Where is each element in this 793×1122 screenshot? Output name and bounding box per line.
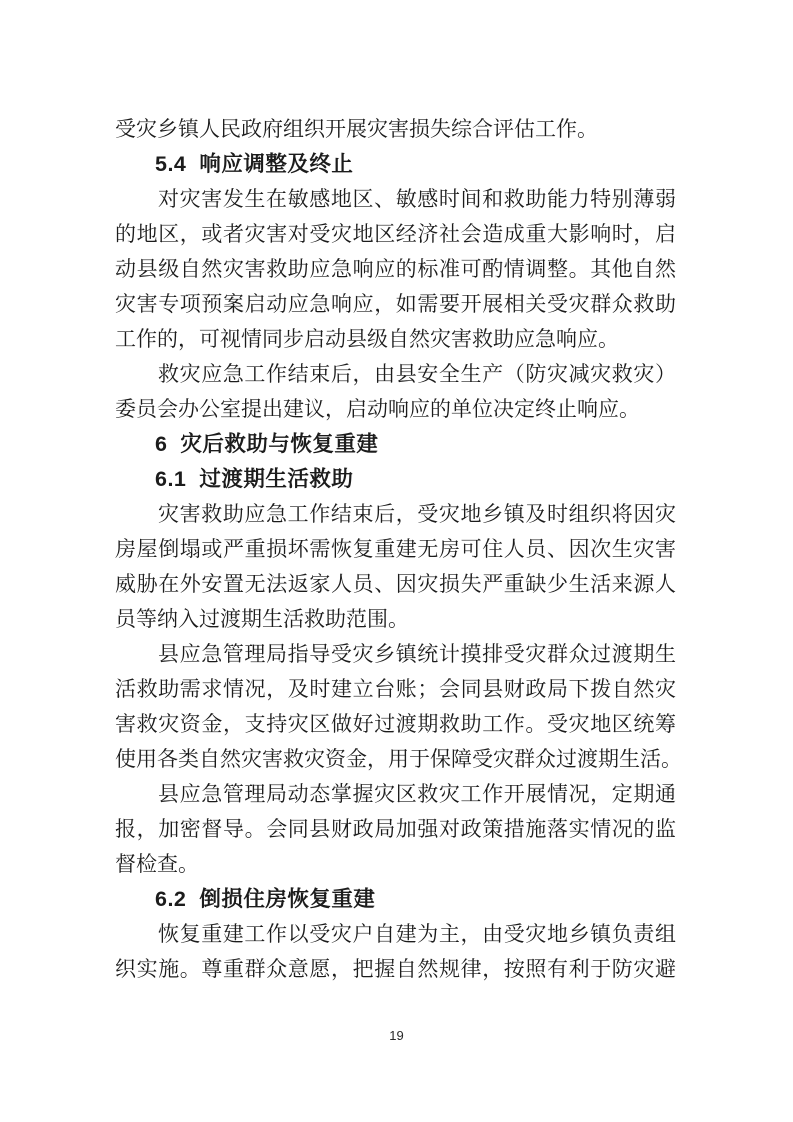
text-line: 员等纳入过渡期生活救助范围。 (115, 602, 676, 637)
section-heading: 5.4 响应调整及终止 (115, 147, 676, 182)
text-line: 使用各类自然灾害救灾资金，用于保障受灾群众过渡期生活。 (115, 742, 676, 777)
text-line: 委员会办公室提出建议，启动响应的单位决定终止响应。 (115, 392, 676, 427)
text-line: 督检查。 (115, 847, 676, 882)
text-line: 活救助需求情况，及时建立台账；会同县财政局下拨自然灾 (115, 672, 676, 707)
text-line: 房屋倒塌或严重损坏需恢复重建无房可住人员、因次生灾害 (115, 532, 676, 567)
text-body: 受灾乡镇人民政府组织开展灾害损失综合评估工作。5.4 响应调整及终止对灾害发生在… (115, 112, 676, 987)
text-line: 报，加密督导。会同县财政局加强对政策措施落实情况的监 (115, 812, 676, 847)
text-line: 害救灾资金，支持灾区做好过渡期救助工作。受灾地区统筹 (115, 707, 676, 742)
section-heading: 6.1 过渡期生活救助 (115, 462, 676, 497)
text-line: 织实施。尊重群众意愿，把握自然规律，按照有利于防灾避 (115, 952, 676, 987)
text-line: 县应急管理局动态掌握灾区救灾工作开展情况，定期通 (115, 777, 676, 812)
text-line: 工作的，可视情同步启动县级自然灾害救助应急响应。 (115, 322, 676, 357)
text-line: 受灾乡镇人民政府组织开展灾害损失综合评估工作。 (115, 112, 676, 147)
text-line: 对灾害发生在敏感地区、敏感时间和救助能力特别薄弱 (115, 182, 676, 217)
document-page: 受灾乡镇人民政府组织开展灾害损失综合评估工作。5.4 响应调整及终止对灾害发生在… (0, 0, 793, 1122)
text-line: 灾害专项预案启动应急响应，如需要开展相关受灾群众救助 (115, 287, 676, 322)
text-line: 动县级自然灾害救助应急响应的标准可酌情调整。其他自然 (115, 252, 676, 287)
section-heading: 6.2 倒损住房恢复重建 (115, 882, 676, 917)
text-line: 恢复重建工作以受灾户自建为主，由受灾地乡镇负责组 (115, 917, 676, 952)
text-line: 救灾应急工作结束后，由县安全生产（防灾减灾救灾） (115, 357, 676, 392)
text-line: 灾害救助应急工作结束后，受灾地乡镇及时组织将因灾 (115, 497, 676, 532)
text-line: 县应急管理局指导受灾乡镇统计摸排受灾群众过渡期生 (115, 637, 676, 672)
text-line: 威胁在外安置无法返家人员、因灾损失严重缺少生活来源人 (115, 567, 676, 602)
page-footer: 19 (0, 1028, 793, 1043)
page-number: 19 (389, 1028, 403, 1043)
text-line: 的地区，或者灾害对受灾地区经济社会造成重大影响时，启 (115, 217, 676, 252)
section-heading: 6 灾后救助与恢复重建 (115, 427, 676, 462)
